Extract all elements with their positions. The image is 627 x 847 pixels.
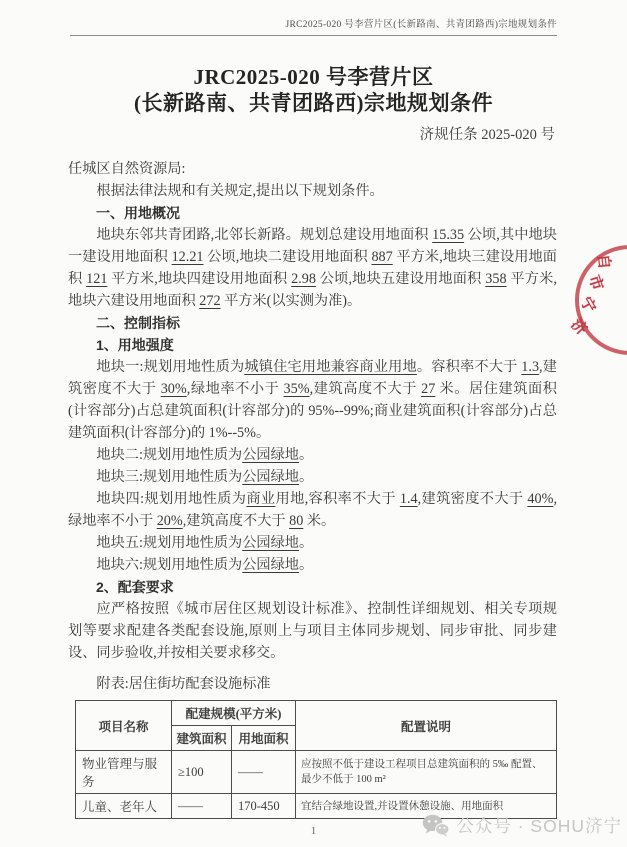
- underlined-value: 公园绿地: [242, 535, 299, 551]
- body-paragraph: 地块四:规划用地性质为商业用地,容积率不大于 1.4,建筑密度不大于 40%,绿…: [68, 488, 557, 532]
- underlined-value: 公园绿地: [242, 557, 299, 573]
- underlined-value: 30%: [161, 381, 187, 397]
- underlined-value: 358: [485, 271, 506, 287]
- underlined-value: 12.21: [172, 249, 204, 265]
- underlined-value: 2.98: [291, 271, 316, 287]
- table-cell: 应按照不低于建设工程项目总建筑面积的 5‰ 配置、最少不低于 100 m²: [296, 751, 557, 794]
- text-segment: ,建筑高度不大于: [310, 381, 422, 397]
- text-segment: 。: [299, 447, 313, 463]
- table-cell: 170-450: [232, 794, 296, 819]
- body-paragraph: 地块六:规划用地性质为公园绿地。: [68, 554, 557, 576]
- underlined-value: 15.35: [432, 227, 464, 243]
- section-heading: 一、用地概况: [68, 202, 557, 224]
- text-segment: 地块四:规划用地性质为: [96, 491, 246, 507]
- underlined-value: 27: [421, 381, 435, 397]
- underlined-value: 80: [289, 513, 303, 529]
- text-segment: 地块二:规划用地性质为: [96, 447, 242, 463]
- underlined-value: 272: [199, 293, 220, 309]
- underlined-value: 城镇住宅用地兼容商业用地: [244, 359, 417, 375]
- body-paragraph: 地块东邻共青团路,北邻长新路。规划总建设用地面积 15.35 公顷,其中地块一建…: [68, 224, 557, 312]
- section-heading: 2、配套要求: [68, 576, 557, 598]
- section-heading: 1、用地强度: [68, 334, 557, 356]
- text-segment: 。: [299, 557, 313, 573]
- text-segment: 。容积率不大于: [417, 359, 521, 375]
- table-header: 项目名称 配建规模(平方米) 配置说明 建筑面积 用地面积: [76, 701, 557, 751]
- text-segment: 。: [299, 535, 313, 551]
- text-segment: 地块六:规划用地性质为: [96, 557, 242, 573]
- text-segment: ,建筑密度不大于: [418, 491, 528, 507]
- text-segment: 地块五:规划用地性质为: [96, 535, 242, 551]
- facility-standards-table: 项目名称 配建规模(平方米) 配置说明 建筑面积 用地面积 物业管理与服务≥10…: [75, 700, 557, 819]
- text-segment: 公顷,地块五建设用地面积: [316, 271, 485, 287]
- wechat-watermark: 公众号 · SOHU济宁: [422, 813, 622, 838]
- underlined-value: 1.3: [521, 359, 539, 375]
- salutation: 任城区自然资源局:: [68, 158, 557, 180]
- text-segment: 平方米,地块四建设用地面积: [107, 271, 291, 287]
- table-row: 物业管理与服务≥100——应按照不低于建设工程项目总建筑面积的 5‰ 配置、最少…: [76, 751, 557, 794]
- body-paragraph: 地块一:规划用地性质为城镇住宅用地兼容商业用地。容积率不大于 1.3,建筑密度不…: [68, 356, 557, 444]
- table-body: 物业管理与服务≥100——应按照不低于建设工程项目总建筑面积的 5‰ 配置、最少…: [76, 751, 557, 819]
- text-segment: 平方米(以实测为准)。: [221, 293, 362, 309]
- underlined-value: 公园绿地: [242, 469, 299, 485]
- document-title-line1: JRC2025-020 号李营片区: [0, 64, 627, 90]
- wechat-label: 公众号 · SOHU济宁: [456, 813, 622, 838]
- document-body: 任城区自然资源局:根据法律法规和有关规定,提出以下规划条件。一、用地概况地块东邻…: [68, 158, 557, 695]
- document-number: 济规任条 2025-020 号: [0, 123, 555, 144]
- text-segment: ,建筑高度不大于: [183, 513, 289, 529]
- body-paragraph: 地块二:规划用地性质为公园绿地。: [68, 444, 557, 466]
- document-title-line2: (长新路南、共青团路西)宗地规划条件: [0, 90, 627, 116]
- text-segment: 米。: [303, 513, 335, 529]
- text-segment: 地块东邻共青团路,北邻长新路。规划总建设用地面积: [96, 227, 432, 243]
- text-segment: 用地,容积率不大于: [276, 491, 400, 507]
- title-block: JRC2025-020 号李营片区 (长新路南、共青团路西)宗地规划条件: [0, 64, 627, 116]
- seal-character: 自: [593, 253, 615, 270]
- underlined-value: 20%: [157, 513, 183, 529]
- text-segment: 地块三:规划用地性质为: [96, 469, 242, 485]
- body-paragraph: 地块三:规划用地性质为公园绿地。: [68, 466, 557, 488]
- text-segment: 地块一:规划用地性质为: [96, 359, 244, 375]
- table-cell: ——: [232, 751, 296, 794]
- table-header-floor-area: 建筑面积: [172, 726, 232, 751]
- underlined-value: 40%: [527, 491, 553, 507]
- body-paragraph: 应严格按照《城市居住区规划设计标准》、控制性详细规划、相关专项规划等要求配建各类…: [68, 598, 557, 664]
- body-paragraph: 根据法律法规和有关规定,提出以下规划条件。: [68, 180, 557, 202]
- body-paragraph: 地块五:规划用地性质为公园绿地。: [68, 532, 557, 554]
- underlined-value: 887: [371, 249, 392, 265]
- table-cell: 物业管理与服务: [76, 751, 172, 794]
- table-header-item: 项目名称: [76, 701, 172, 751]
- section-heading: 二、控制指标: [68, 312, 557, 334]
- underlined-value: 121: [86, 271, 107, 287]
- underlined-value: 35%: [284, 381, 310, 397]
- attachment-label: 附表:居住街坊配套设施标准: [68, 673, 557, 695]
- text-segment: ,绿地率不小于: [187, 381, 284, 397]
- text-segment: 应严格按照《城市居住区规划设计标准》、控制性详细规划、相关专项规划等要求配建各类…: [68, 601, 557, 661]
- running-header: JRC2025-020 号李营片区(长新路南、共青团路西)宗地规划条件: [70, 0, 557, 36]
- underlined-value: 1.4: [400, 491, 418, 507]
- running-header-text: JRC2025-020 号李营片区(长新路南、共青团路西)宗地规划条件: [286, 20, 558, 30]
- table-cell: ≥100: [172, 751, 232, 794]
- document-page: JRC2025-020 号李营片区(长新路南、共青团路西)宗地规划条件 JRC2…: [0, 0, 627, 847]
- underlined-value: 公园绿地: [242, 447, 299, 463]
- wechat-icon: [422, 814, 449, 837]
- table-cell: ——: [172, 794, 232, 819]
- table-header-desc: 配置说明: [296, 701, 557, 751]
- text-segment: 根据法律法规和有关规定,提出以下规划条件。: [96, 183, 383, 199]
- underlined-value: 商业: [246, 491, 275, 507]
- table-header-scale-group: 配建规模(平方米): [172, 701, 296, 726]
- text-segment: 公顷,地块二建设用地面积: [204, 249, 372, 265]
- table-header-land-area: 用地面积: [232, 726, 296, 751]
- text-segment: 。: [299, 469, 313, 485]
- table-cell: 儿童、老年人: [76, 794, 172, 819]
